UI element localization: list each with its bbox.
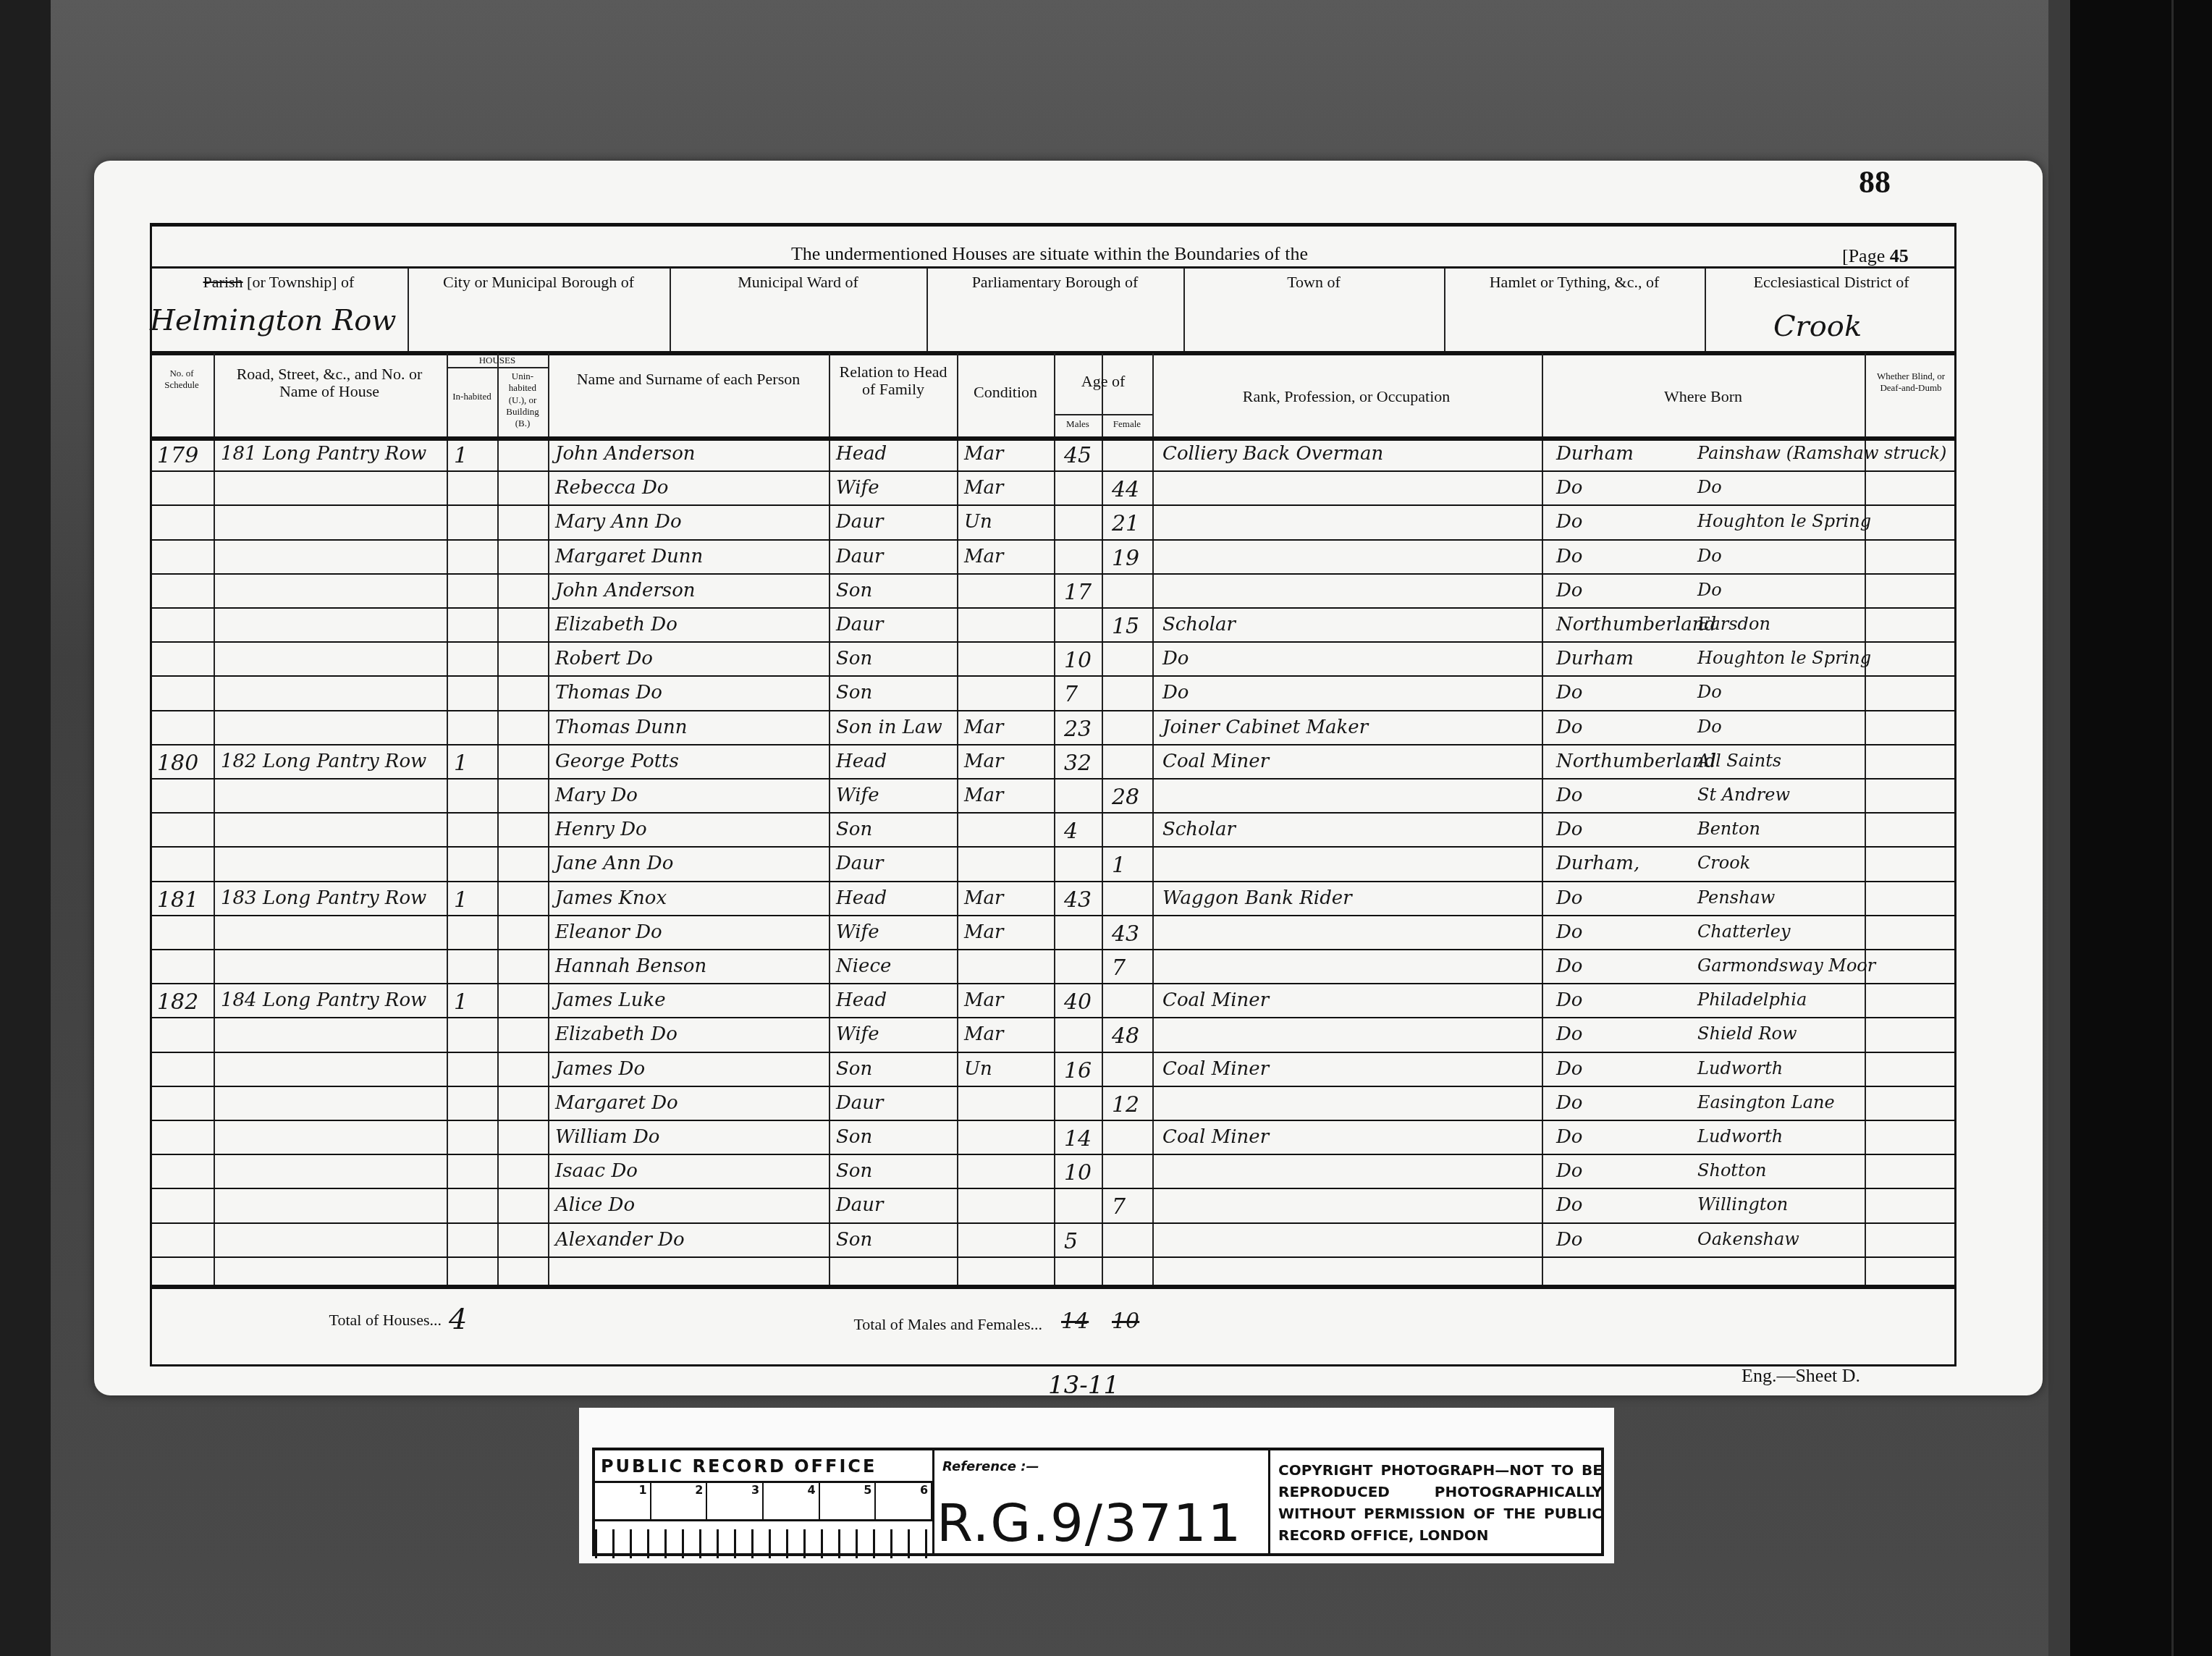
total-persons-label: Total of Males and Females... <box>724 1316 1042 1333</box>
column-header-where_born: Where Born <box>1546 388 1860 405</box>
cell-relation: Son <box>836 1126 872 1148</box>
ruler-mark: 4 <box>764 1483 820 1519</box>
cell-relation: Daur <box>836 546 884 567</box>
cell-relation: Son <box>836 580 872 601</box>
copyright-notice: COPYRIGHT PHOTOGRAPH—NOT TO BE REPRODUCE… <box>1278 1459 1603 1546</box>
cell-born-place: Houghton le Spring <box>1697 511 1871 531</box>
table-row: Isaac DoSon10DoShotton <box>0 1156 2212 1190</box>
cell-born-county: Do <box>1556 717 1583 738</box>
cell-born-county: Do <box>1556 682 1583 704</box>
cell-name: Thomas Do <box>555 682 662 704</box>
cell-male-age: 23 <box>1064 717 1092 742</box>
cell-relation: Son <box>836 1160 872 1182</box>
cell-name: Margaret Dunn <box>555 546 703 567</box>
cell-born-county: Durham <box>1556 443 1634 465</box>
cell-relation: Son <box>836 1058 872 1080</box>
cell-born-place: Chatterley <box>1697 921 1791 942</box>
cell-name: Alexander Do <box>555 1229 685 1251</box>
cell-name: Margaret Do <box>555 1092 678 1114</box>
location-field-label: Ecclesiastical District of <box>1707 274 1955 291</box>
column-header-occupation: Rank, Profession, or Occupation <box>1158 388 1535 405</box>
cell-male-age: 17 <box>1064 580 1092 605</box>
cell-male-age: 32 <box>1064 751 1092 776</box>
cell-road: 184 Long Pantry Row <box>221 989 426 1011</box>
table-row: Mary DoWifeMar28DoSt Andrew <box>0 780 2212 814</box>
cell-name: Alice Do <box>555 1194 635 1216</box>
column-header-males: Males <box>1055 418 1100 430</box>
cell-condition: Un <box>964 511 992 533</box>
cell-female-age: 1 <box>1112 853 1126 878</box>
location-field-label: Hamlet or Tything, &c., of <box>1447 274 1702 291</box>
cell-name: Rebecca Do <box>555 477 668 499</box>
folio-number: 88 <box>1859 164 1891 200</box>
table-row: Jane Ann DoDaur1Durham,Crook <box>0 848 2212 882</box>
cell-female-age: 19 <box>1112 546 1139 571</box>
total-males-value: 14 <box>1061 1309 1089 1334</box>
column-header-road: Road, Street, &c., and No. or Name of Ho… <box>221 366 438 400</box>
page-number: [Page 45 <box>1842 246 1951 267</box>
table-row: Margaret DoDaur12DoEasington Lane <box>0 1088 2212 1122</box>
cell-male-age: 40 <box>1064 989 1092 1015</box>
cell-born-place: Do <box>1697 682 1722 702</box>
cell-name: Thomas Dunn <box>555 717 688 738</box>
cell-occupation: Coal Miner <box>1162 1126 1269 1148</box>
cell-male-age: 10 <box>1064 648 1092 673</box>
cell-female-age: 15 <box>1112 614 1139 639</box>
cell-occupation: Scholar <box>1162 614 1236 635</box>
table-row: Thomas DunnSon in LawMar23Joiner Cabinet… <box>0 712 2212 746</box>
table-row: Mary Ann DoDaurUn21DoHoughton le Spring <box>0 507 2212 541</box>
cell-relation: Daur <box>836 853 884 874</box>
cell-born-place: Easington Lane <box>1697 1092 1835 1112</box>
column-header-condition: Condition <box>960 384 1051 401</box>
cell-female-age: 21 <box>1112 511 1139 536</box>
divider <box>1444 268 1445 351</box>
ruler-mark: 6 <box>876 1483 932 1519</box>
cell-male-age: 7 <box>1064 682 1078 707</box>
cell-born-county: Northumberland <box>1556 614 1716 635</box>
table-row: Margaret DunnDaurMar19DoDo <box>0 541 2212 575</box>
cell-relation: Daur <box>836 511 884 533</box>
location-field-label: City or Municipal Borough of <box>410 274 667 291</box>
cell-born-county: Do <box>1556 1126 1583 1148</box>
cell-occupation: Colliery Back Overman <box>1162 443 1383 465</box>
divider <box>150 266 1956 269</box>
table-row: Robert DoSon10DoDurhamHoughton le Spring <box>0 643 2212 677</box>
table-row: Alexander DoSon5DoOakenshaw <box>0 1225 2212 1259</box>
column-header-uninhabited: Unin-habited (U.), or Building (B.) <box>499 371 546 429</box>
cell-schedule: 179 <box>157 443 198 468</box>
cell-born-place: Shield Row <box>1697 1023 1797 1044</box>
cell-female-age: 44 <box>1112 477 1139 502</box>
cell-male-age: 16 <box>1064 1058 1092 1083</box>
cell-born-county: Do <box>1556 1023 1583 1045</box>
divider <box>447 367 548 368</box>
cell-schedule: 182 <box>157 989 198 1015</box>
divider <box>926 268 928 351</box>
cell-condition: Mar <box>964 443 1004 465</box>
cell-condition: Mar <box>964 989 1004 1011</box>
cell-name: George Potts <box>555 751 679 772</box>
cell-name: James Knox <box>555 887 667 909</box>
cell-name: John Anderson <box>555 443 696 465</box>
column-header-blind: Whether Blind, or Deaf-and-Dumb <box>1867 371 1954 394</box>
cell-name: James Luke <box>555 989 666 1011</box>
ruler-mark: 5 <box>820 1483 877 1519</box>
cell-born-county: Do <box>1556 477 1583 499</box>
cell-male-age: 5 <box>1064 1229 1078 1254</box>
cell-relation: Daur <box>836 1194 884 1216</box>
cell-condition: Mar <box>964 1023 1004 1045</box>
divider <box>150 351 1956 355</box>
cell-name: Jane Ann Do <box>555 853 673 874</box>
cell-born-county: Do <box>1556 1058 1583 1080</box>
cell-inhabited: 1 <box>454 989 468 1015</box>
column-header-inhabited: In-habited <box>449 391 495 402</box>
cell-born-county: Durham <box>1556 648 1634 669</box>
table-row: 182184 Long Pantry Row1James LukeHeadMar… <box>0 985 2212 1019</box>
cell-born-county: Do <box>1556 511 1583 533</box>
cell-born-county: Do <box>1556 819 1583 840</box>
scale-ruler: 123456 <box>595 1481 932 1558</box>
reference-label: Reference :— <box>942 1459 1039 1474</box>
table-row: Eleanor DoWifeMar43DoChatterley <box>0 917 2212 951</box>
table-row: James DoSonUn16Coal MinerDoLudworth <box>0 1054 2212 1088</box>
cell-born-place: Houghton le Spring <box>1697 648 1871 668</box>
cell-relation: Wife <box>836 785 879 806</box>
reference-value: R.G.9/3711 <box>937 1492 1242 1553</box>
cell-condition: Mar <box>964 717 1004 738</box>
table-row: Hannah BensonNiece7DoGarmondsway Moor <box>0 951 2212 985</box>
cell-born-place: Shotton <box>1697 1160 1767 1180</box>
cell-occupation: Joiner Cabinet Maker <box>1162 717 1368 738</box>
cell-name: William Do <box>555 1126 659 1148</box>
cell-born-place: Do <box>1697 580 1722 600</box>
cell-born-place: Ludworth <box>1697 1126 1783 1146</box>
table-row: 179181 Long Pantry Row1John AndersonHead… <box>0 439 2212 473</box>
divider <box>670 268 671 351</box>
cell-born-place: Penshaw <box>1697 887 1775 908</box>
cell-name: Isaac Do <box>555 1160 638 1182</box>
location-field-label: Parliamentary Borough of <box>929 274 1181 291</box>
cell-born-county: Durham, <box>1556 853 1639 874</box>
cell-condition: Mar <box>964 546 1004 567</box>
cell-female-age: 7 <box>1112 955 1126 981</box>
cell-male-age: 43 <box>1064 887 1092 913</box>
cell-born-place: Benton <box>1697 819 1760 839</box>
cell-female-age: 7 <box>1112 1194 1126 1220</box>
cell-inhabited: 1 <box>454 751 468 776</box>
cell-road: 182 Long Pantry Row <box>221 751 426 772</box>
cell-born-place: Philadelphia <box>1697 989 1807 1010</box>
total-houses-label: Total of Houses... <box>239 1311 442 1329</box>
cell-schedule: 180 <box>157 751 198 776</box>
record-office-label: PUBLIC RECORD OFFICE 123456 Reference :—… <box>592 1448 1604 1556</box>
cell-male-age: 10 <box>1064 1160 1092 1186</box>
cell-inhabited: 1 <box>454 887 468 913</box>
cell-name: Henry Do <box>555 819 647 840</box>
cell-born-county: Do <box>1556 887 1583 909</box>
total-females-value: 10 <box>1112 1309 1139 1334</box>
cell-relation: Son <box>836 648 872 669</box>
cell-born-place: Crook <box>1697 853 1750 873</box>
divider <box>150 1285 1956 1289</box>
cell-born-place: Do <box>1697 477 1722 497</box>
location-field-label: Municipal Ward of <box>672 274 924 291</box>
cell-relation: Wife <box>836 921 879 943</box>
cell-condition: Mar <box>964 751 1004 772</box>
cell-relation: Son in Law <box>836 717 942 738</box>
cell-relation: Son <box>836 1229 872 1251</box>
cell-name: John Anderson <box>555 580 696 601</box>
cell-born-county: Do <box>1556 785 1583 806</box>
cell-occupation: Waggon Bank Rider <box>1162 887 1352 909</box>
cell-born-county: Do <box>1556 1092 1583 1114</box>
cell-born-place: St Andrew <box>1697 785 1790 805</box>
table-row: 180182 Long Pantry Row1George PottsHeadM… <box>0 746 2212 780</box>
cell-name: Elizabeth Do <box>555 1023 677 1045</box>
cell-relation: Son <box>836 682 872 704</box>
cell-born-place: Willington <box>1697 1194 1788 1214</box>
cell-relation: Head <box>836 443 887 465</box>
cell-born-place: Do <box>1697 717 1722 737</box>
cell-occupation: Coal Miner <box>1162 751 1269 772</box>
cell-male-age: 45 <box>1064 443 1092 468</box>
location-field-value: Crook <box>1773 310 1862 343</box>
cell-schedule: 181 <box>157 887 198 913</box>
cell-born-county: Do <box>1556 989 1583 1011</box>
cell-born-county: Northumberland <box>1556 751 1716 772</box>
cell-name: Robert Do <box>555 648 653 669</box>
cell-relation: Wife <box>836 477 879 499</box>
column-header-name: Name and Surname of each Person <box>554 371 823 388</box>
cell-relation: Daur <box>836 614 884 635</box>
table-row: 181183 Long Pantry Row1James KnoxHeadMar… <box>0 883 2212 917</box>
location-field-label: Town of <box>1186 274 1441 291</box>
column-header-schedule: No. of Schedule <box>153 368 211 392</box>
sheet-footer: Eng.—Sheet D. <box>1742 1365 1860 1387</box>
cell-female-age: 48 <box>1112 1023 1139 1049</box>
divider <box>1183 268 1185 351</box>
cell-condition: Mar <box>964 921 1004 943</box>
sheet-title: The undermentioned Houses are situate wi… <box>651 244 1448 265</box>
cell-female-age: 43 <box>1112 921 1139 947</box>
cell-road: 181 Long Pantry Row <box>221 443 426 465</box>
ruler-mark: 1 <box>595 1483 651 1519</box>
cell-occupation: Do <box>1162 648 1189 669</box>
cell-born-county: Do <box>1556 546 1583 567</box>
table-row: Elizabeth DoWifeMar48DoShield Row <box>0 1019 2212 1053</box>
cell-born-county: Do <box>1556 955 1583 977</box>
table-row: Thomas DoSon7DoDoDo <box>0 677 2212 711</box>
total-houses-value: 4 <box>449 1303 467 1336</box>
table-row: John AndersonSon17DoDo <box>0 575 2212 609</box>
cell-condition: Mar <box>964 785 1004 806</box>
cell-female-age: 12 <box>1112 1092 1139 1118</box>
cell-born-place: All Saints <box>1697 751 1781 771</box>
cell-male-age: 4 <box>1064 819 1078 844</box>
ruler-mark: 2 <box>651 1483 708 1519</box>
cell-female-age: 28 <box>1112 785 1139 810</box>
cell-born-place: Earsdon <box>1697 614 1770 634</box>
cell-born-county: Do <box>1556 1160 1583 1182</box>
struck-label: Parish <box>203 273 243 291</box>
column-header-houses: HOUSES <box>449 355 546 366</box>
cell-condition: Mar <box>964 477 1004 499</box>
cell-born-place: Do <box>1697 546 1722 566</box>
cell-name: Mary Ann Do <box>555 511 682 533</box>
cell-born-county: Do <box>1556 921 1583 943</box>
location-field-value: Helmington Row <box>150 304 397 337</box>
cell-born-place: Painshaw (Ramshaw struck) <box>1697 443 1946 463</box>
tally-note: 13-11 <box>1048 1371 1119 1400</box>
cell-born-place: Ludworth <box>1697 1058 1783 1078</box>
table-row: Elizabeth DoDaur15ScholarNorthumberlandE… <box>0 609 2212 643</box>
cell-relation: Wife <box>836 1023 879 1045</box>
cell-occupation: Coal Miner <box>1162 1058 1269 1080</box>
cell-occupation: Scholar <box>1162 819 1236 840</box>
cell-inhabited: 1 <box>454 443 468 468</box>
table-row: Alice DoDaur7DoWillington <box>0 1190 2212 1224</box>
divider <box>408 268 409 351</box>
cell-relation: Head <box>836 751 887 772</box>
cell-born-county: Do <box>1556 580 1583 601</box>
cell-condition: Un <box>964 1058 992 1080</box>
column-header-relation: Relation to Head of Family <box>832 363 954 398</box>
cell-name: James Do <box>555 1058 645 1080</box>
table-row: William DoSon14Coal MinerDoLudworth <box>0 1122 2212 1156</box>
location-field-label: Parish [or Township] of <box>153 274 405 291</box>
cell-name: Mary Do <box>555 785 638 806</box>
cell-condition: Mar <box>964 887 1004 909</box>
cell-male-age: 14 <box>1064 1126 1092 1152</box>
cell-relation: Head <box>836 887 887 909</box>
cell-occupation: Coal Miner <box>1162 989 1269 1011</box>
cell-born-county: Do <box>1556 1229 1583 1251</box>
cell-relation: Son <box>836 819 872 840</box>
column-header-age: Age of <box>1057 373 1149 390</box>
column-header-females: Female <box>1103 418 1151 430</box>
cell-relation: Niece <box>836 955 891 977</box>
cell-occupation: Do <box>1162 682 1189 704</box>
table-row: Henry DoSon4ScholarDoBenton <box>0 814 2212 848</box>
cell-born-county: Do <box>1556 1194 1583 1216</box>
divider <box>1054 414 1152 415</box>
cell-relation: Head <box>836 989 887 1011</box>
divider <box>1705 268 1706 351</box>
cell-road: 183 Long Pantry Row <box>221 887 426 909</box>
cell-relation: Daur <box>836 1092 884 1114</box>
cell-name: Hannah Benson <box>555 955 706 977</box>
cell-name: Elizabeth Do <box>555 614 677 635</box>
cell-born-place: Oakenshaw <box>1697 1229 1799 1249</box>
table-row: Rebecca DoWifeMar44DoDo <box>0 473 2212 507</box>
record-office-title: PUBLIC RECORD OFFICE <box>601 1456 877 1477</box>
cell-born-place: Garmondsway Moor <box>1697 955 1875 976</box>
ruler-mark: 3 <box>707 1483 764 1519</box>
cell-name: Eleanor Do <box>555 921 662 943</box>
